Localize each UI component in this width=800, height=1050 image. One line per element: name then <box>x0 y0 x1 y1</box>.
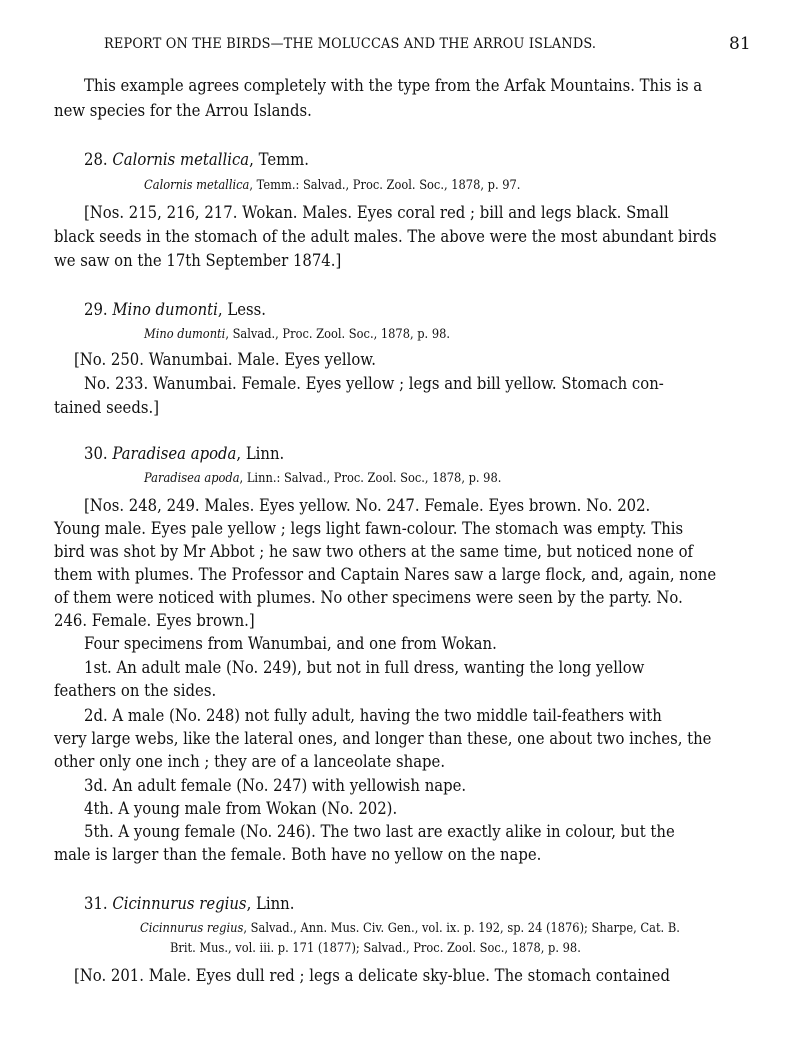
species-name: Cicinnurus regius <box>112 894 246 913</box>
species-reference-29: Mino dumonti, Salvad., Proc. Zool. Soc.,… <box>144 327 450 342</box>
reference-name: Mino dumonti <box>144 327 225 342</box>
body-line: tained seeds.] <box>54 398 159 417</box>
page-number: 81 <box>729 34 751 54</box>
reference-text: , Salvad., Ann. Mus. Civ. Gen., vol. ix.… <box>243 921 679 936</box>
body-line: [No. 250. Wanumbai. Male. Eyes yellow. <box>74 350 376 369</box>
body-line: we saw on the 17th September 1874.] <box>54 251 341 270</box>
body-line: 5th. A young female (No. 246). The two l… <box>84 822 675 841</box>
species-number: 29. <box>84 300 108 319</box>
body-line: them with plumes. The Professor and Capt… <box>54 565 716 584</box>
species-author: , Linn. <box>236 444 284 463</box>
body-line: Four specimens from Wanumbai, and one fr… <box>84 634 497 653</box>
body-line: other only one inch ; they are of a lanc… <box>54 752 445 771</box>
species-author: , Less. <box>218 300 266 319</box>
body-line: very large webs, like the lateral ones, … <box>54 729 711 748</box>
running-header: REPORT ON THE BIRDS—THE MOLUCCAS AND THE… <box>104 36 702 52</box>
reference-name: Paradisea apoda <box>144 471 240 486</box>
body-line: 3d. An adult female (No. 247) with yello… <box>84 776 466 795</box>
species-reference-31-cont: Brit. Mus., vol. iii. p. 171 (1877); Sal… <box>170 941 581 956</box>
species-number: 28. <box>84 150 108 169</box>
body-line: male is larger than the female. Both hav… <box>54 845 541 864</box>
body-line: Young male. Eyes pale yellow ; legs ligh… <box>54 519 683 538</box>
body-line: 246. Female. Eyes brown.] <box>54 611 255 630</box>
body-line: 1st. An adult male (No. 249), but not in… <box>84 658 644 677</box>
body-line: [Nos. 215, 216, 217. Wokan. Males. Eyes … <box>84 203 669 222</box>
species-number: 31. <box>84 894 108 913</box>
body-line: black seeds in the stomach of the adult … <box>54 227 717 246</box>
species-name: Mino dumonti <box>112 300 218 319</box>
body-line: 2d. A male (No. 248) not fully adult, ha… <box>84 706 662 725</box>
body-line: [No. 201. Male. Eyes dull red ; legs a d… <box>74 966 670 985</box>
reference-text: , Linn.: Salvad., Proc. Zool. Soc., 1878… <box>240 471 502 486</box>
intro-line-1: This example agrees completely with the … <box>84 76 702 95</box>
body-line: feathers on the sides. <box>54 681 216 700</box>
reference-name: Cicinnurus regius <box>140 921 243 936</box>
species-heading-28: 28. Calornis metallica, Temm. <box>84 150 309 169</box>
species-number: 30. <box>84 444 108 463</box>
intro-line-2: new species for the Arrou Islands. <box>54 101 312 120</box>
body-line: of them were noticed with plumes. No oth… <box>54 588 683 607</box>
document-page: REPORT ON THE BIRDS—THE MOLUCCAS AND THE… <box>0 0 800 1050</box>
species-reference-31: Cicinnurus regius, Salvad., Ann. Mus. Ci… <box>140 921 680 936</box>
species-heading-31: 31. Cicinnurus regius, Linn. <box>84 894 294 913</box>
species-reference-30: Paradisea apoda, Linn.: Salvad., Proc. Z… <box>144 471 501 486</box>
body-line: [Nos. 248, 249. Males. Eyes yellow. No. … <box>84 496 650 515</box>
species-reference-28: Calornis metallica, Temm.: Salvad., Proc… <box>144 178 520 193</box>
reference-text: , Salvad., Proc. Zool. Soc., 1878, p. 98… <box>225 327 450 342</box>
body-line: No. 233. Wanumbai. Female. Eyes yellow ;… <box>84 374 664 393</box>
species-heading-29: 29. Mino dumonti, Less. <box>84 300 266 319</box>
reference-name: Calornis metallica <box>144 178 249 193</box>
body-line: bird was shot by Mr Abbot ; he saw two o… <box>54 542 693 561</box>
species-heading-30: 30. Paradisea apoda, Linn. <box>84 444 284 463</box>
species-name: Calornis metallica <box>112 150 249 169</box>
species-author: , Linn. <box>247 894 295 913</box>
body-line: 4th. A young male from Wokan (No. 202). <box>84 799 397 818</box>
species-author: , Temm. <box>249 150 309 169</box>
species-name: Paradisea apoda <box>112 444 236 463</box>
reference-text: , Temm.: Salvad., Proc. Zool. Soc., 1878… <box>249 178 520 193</box>
